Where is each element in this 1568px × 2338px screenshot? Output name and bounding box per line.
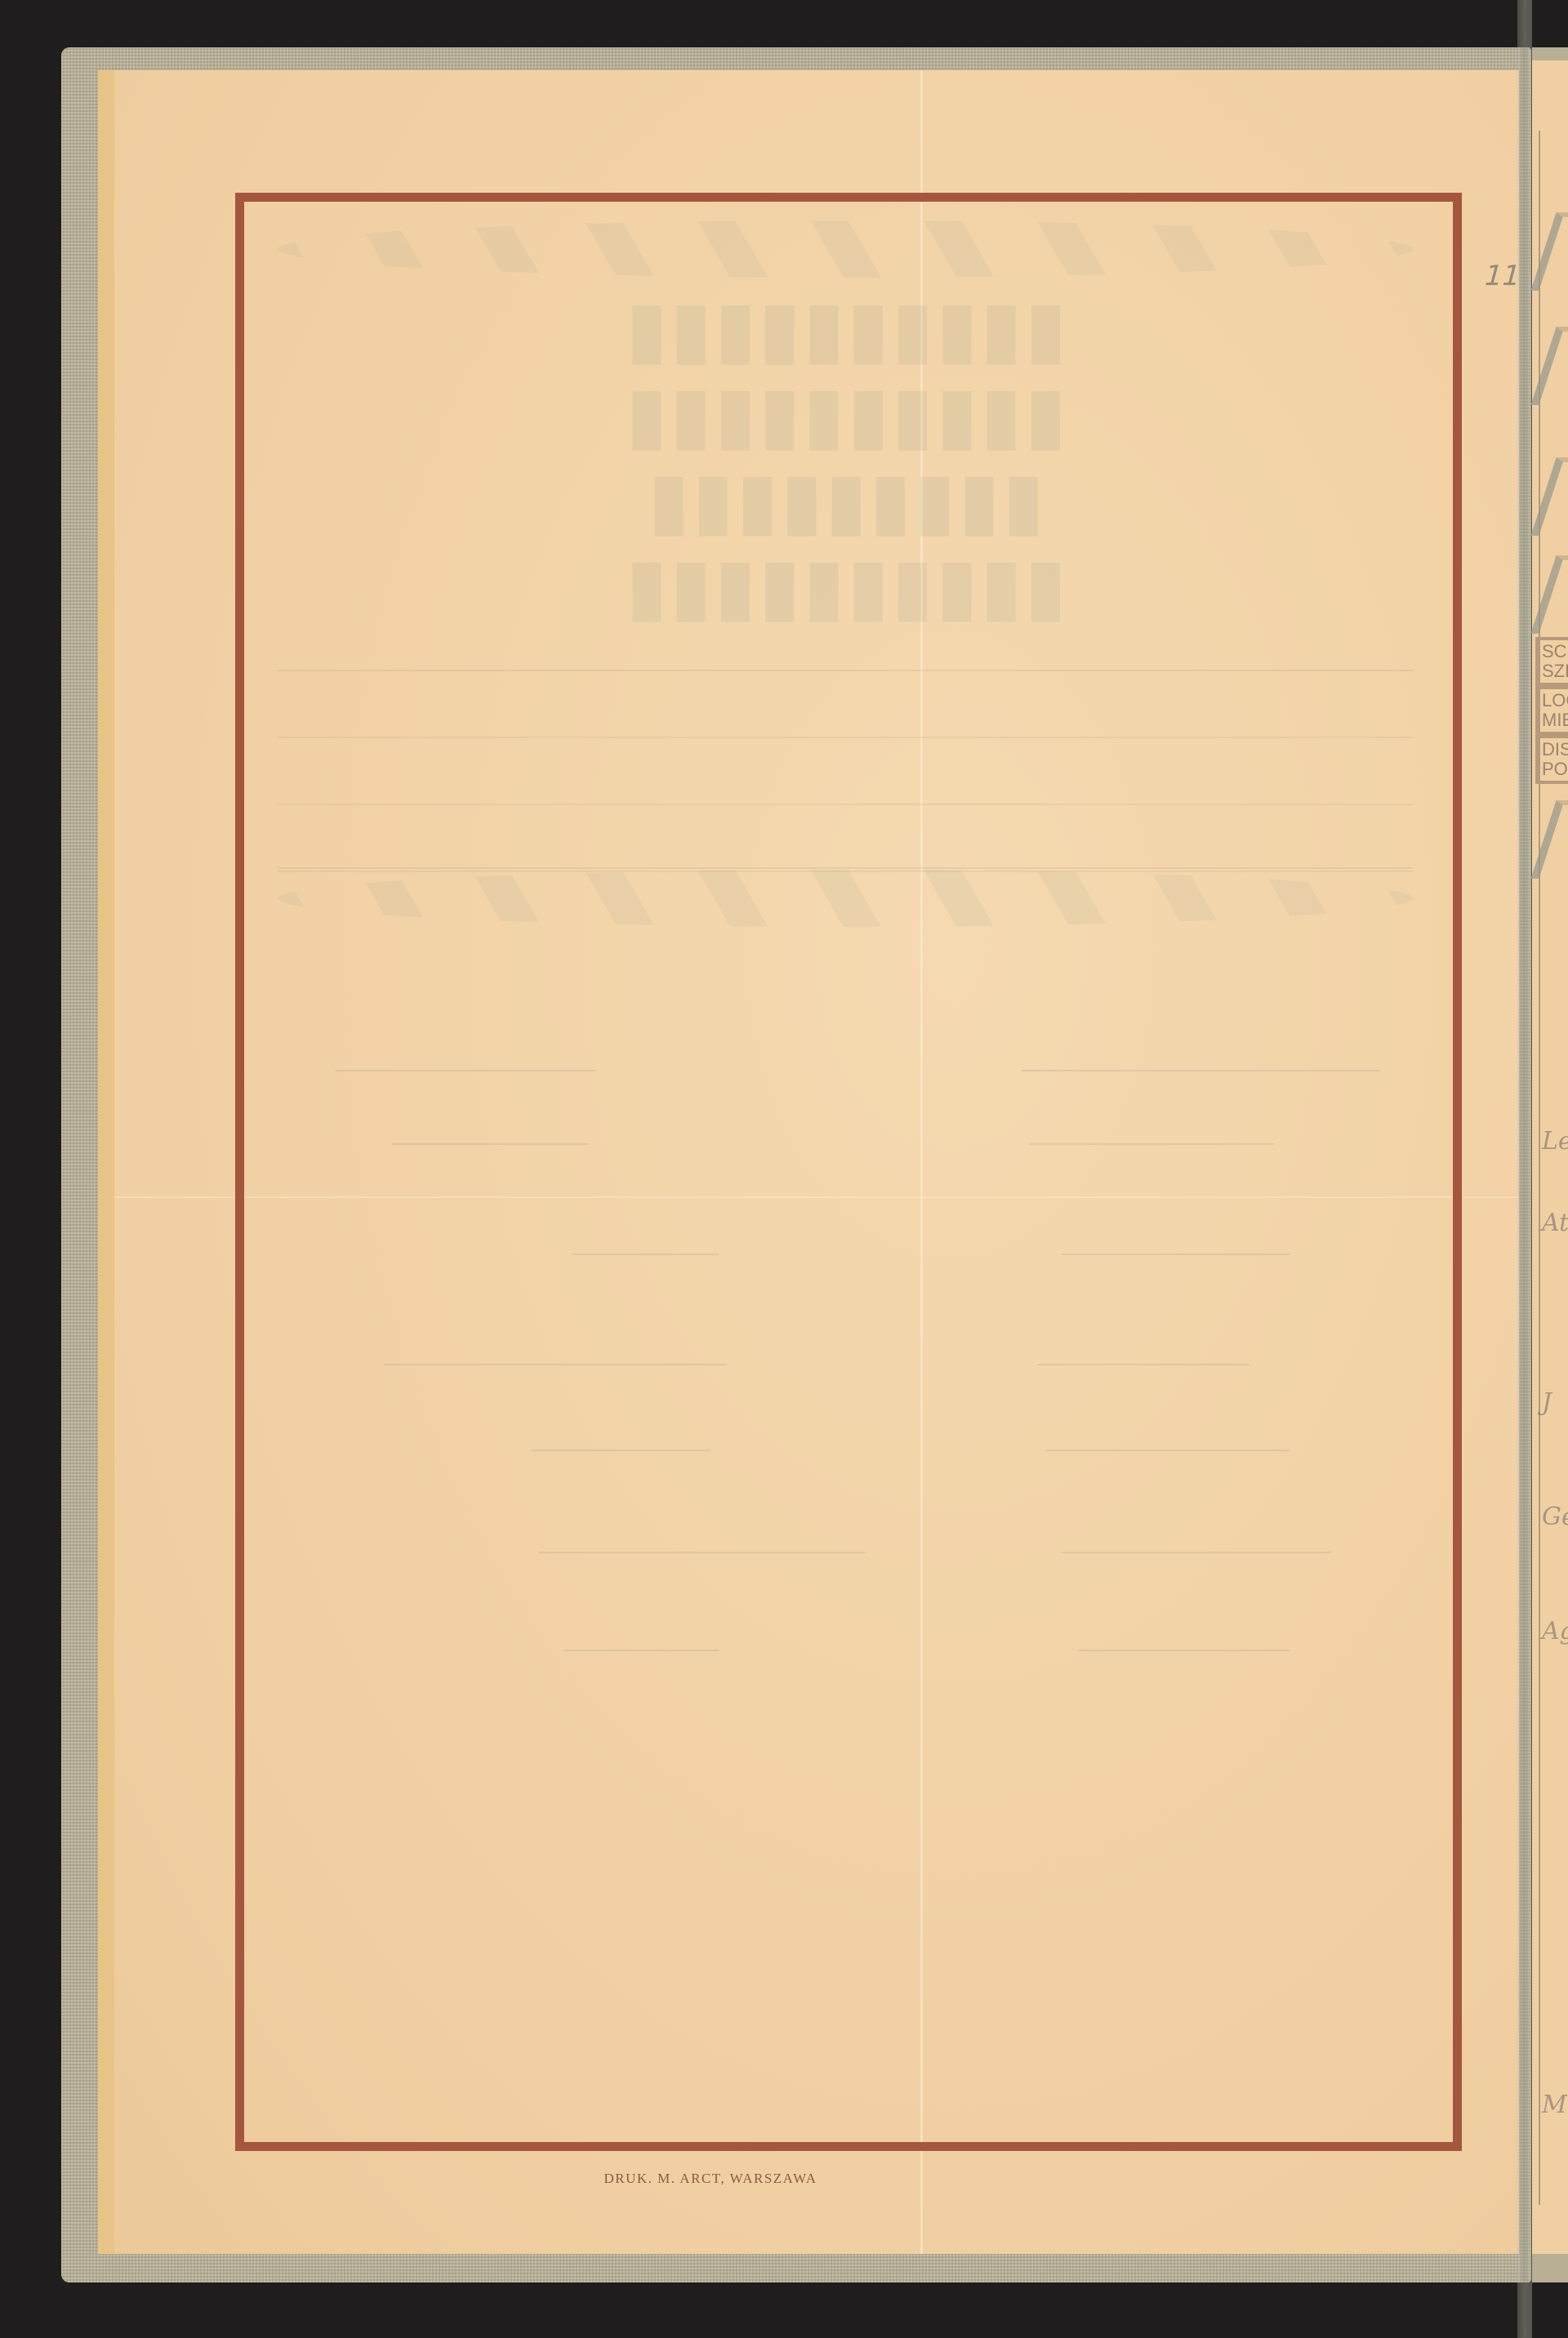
next-page-label-locality: LOCA MIEJ <box>1535 686 1568 735</box>
next-page-handwriting: J <box>1542 1388 1552 1417</box>
next-page-label-district: DISTR POW <box>1535 735 1568 784</box>
printer-imprint: DRUK. M. ARCT, WARSZAWA <box>0 2171 1568 2187</box>
next-page-frame <box>1539 131 1568 2205</box>
next-board-bottom <box>1532 2254 1568 2282</box>
page-edge <box>98 70 114 2254</box>
next-page-label-school: SCHO SZKO <box>1535 637 1568 686</box>
next-page-handwriting: Ag <box>1542 1617 1568 1646</box>
next-page-handwriting: Mon <box>1542 2091 1568 2119</box>
next-page-handwriting: Lev <box>1542 1127 1568 1156</box>
next-page-handwriting: Ger <box>1542 1503 1568 1531</box>
next-page-handwriting: At <box>1542 1209 1568 1237</box>
decorative-frame-border <box>235 193 1462 2151</box>
spine-glass-edge <box>1517 0 1532 2338</box>
imprint-text: DRUK. M. ARCT, WARSZAWA <box>604 2171 817 2186</box>
